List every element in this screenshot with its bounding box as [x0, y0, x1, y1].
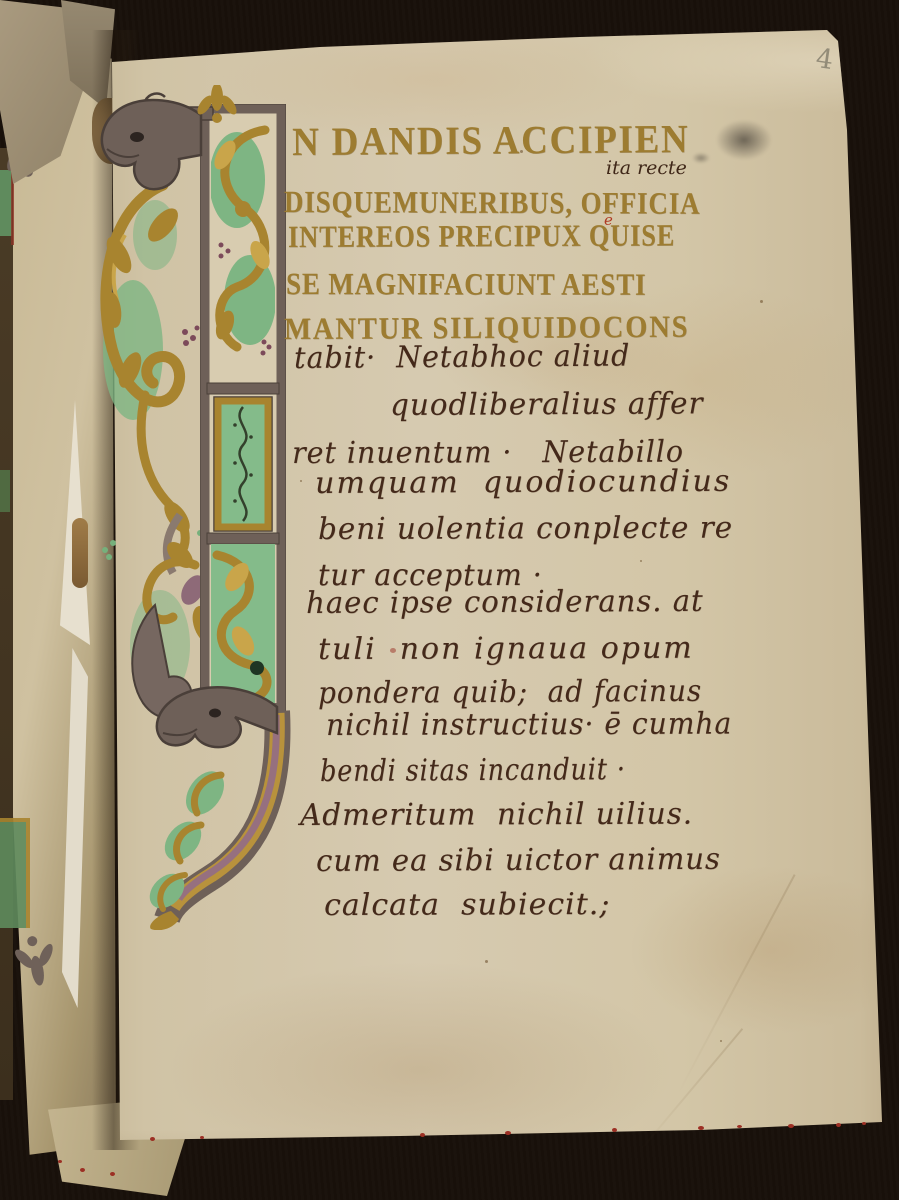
parchment-fleck — [720, 1040, 722, 1042]
body-line: quodliberalius affer — [390, 386, 704, 423]
red-edge-speck — [200, 1136, 204, 1139]
red-edge-speck — [58, 1160, 62, 1163]
parchment-fleck — [300, 480, 302, 482]
body-line: beni uolentia conplecte re — [318, 511, 733, 547]
red-edge-speck — [110, 1172, 115, 1176]
parchment-fleck — [485, 960, 488, 963]
red-edge-speck — [612, 1128, 617, 1132]
manuscript-photo: 4 — [0, 0, 899, 1200]
body-line: tabit· Netabhoc aliud — [294, 339, 630, 376]
body-line: tuli non ignaua opum — [318, 631, 694, 667]
heading-line: SE MAGNIFACIUNT AESTI — [286, 266, 647, 303]
parchment-fleck — [640, 560, 642, 562]
red-edge-speck — [505, 1131, 511, 1135]
initial-top-beast-head-icon — [102, 94, 201, 190]
parchment-fleck — [760, 300, 763, 303]
red-speck — [390, 648, 396, 653]
body-line: nichil instructius· ē cumha — [326, 706, 732, 743]
ink-smudge-small — [688, 150, 714, 166]
body-line: pondera quib; ad facinus — [318, 674, 702, 711]
parchment-fleck — [520, 150, 523, 153]
red-edge-speck — [737, 1125, 742, 1128]
heading-line: INTEREOS PRECIPUX QUISE — [288, 217, 675, 255]
red-edge-speck — [788, 1124, 794, 1128]
red-edge-speck — [836, 1123, 841, 1127]
verso-green-band-lower — [0, 470, 10, 512]
body-line: bendi sitas incanduit · — [320, 752, 626, 789]
body-line: cum ea sibi uictor animus — [316, 842, 721, 879]
red-edge-speck — [150, 1137, 155, 1141]
red-edge-speck — [698, 1126, 704, 1130]
ink-smudge — [705, 112, 783, 168]
red-edge-speck — [420, 1133, 425, 1137]
body-line: Admeritum nichil uilius. — [300, 797, 693, 833]
heading-line: DISQUEMUNERIBUS, OFFICIA — [284, 184, 701, 222]
verso-frame-border — [0, 148, 13, 1100]
body-line: umquam quodiocundius — [315, 464, 731, 501]
verso-frame-corner — [0, 818, 30, 928]
body-line: haec ipse considerans. at — [306, 584, 704, 621]
red-edge-speck — [862, 1122, 866, 1125]
initial-left-foliage — [102, 185, 200, 560]
interlinear-gloss: ita recte — [606, 157, 687, 179]
red-edge-speck — [80, 1168, 85, 1172]
body-line: calcata subiecit.; — [324, 887, 610, 923]
